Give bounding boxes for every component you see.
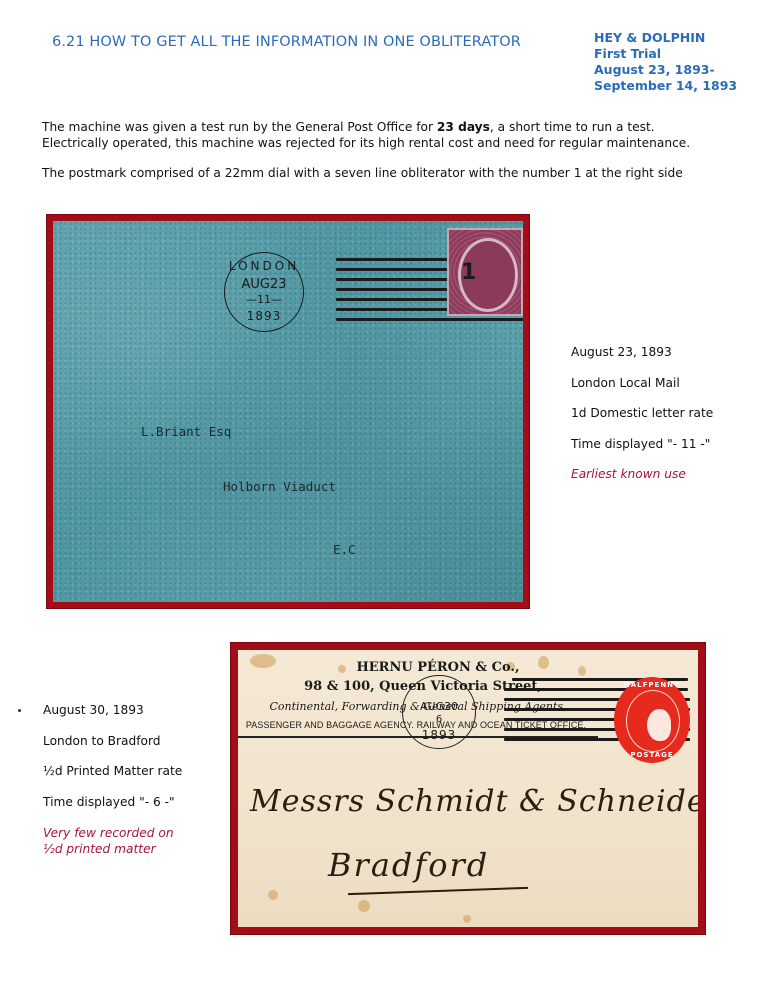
trial-date-start: August 23, 1893-	[594, 62, 737, 78]
trial-date-end: September 14, 1893	[594, 78, 737, 94]
circular-datestamp: LONDON AUG23 —11— 1893	[224, 252, 304, 332]
handwritten-addressee: Messrs Schmidt & Schneider	[250, 784, 698, 819]
caption-note-2: ½d printed matter	[43, 841, 182, 857]
caption-note: Earliest known use	[571, 467, 713, 498]
caption-date: August 23, 1893	[571, 345, 713, 376]
caption-time: Time displayed "- 6 -"	[43, 795, 182, 826]
cover-2-caption: August 30, 1893 London to Bradford ½d Pr…	[43, 703, 182, 857]
cover-frame-2: HERNU PÉRON & Co., 98 & 100, Queen Victo…	[230, 642, 706, 935]
address-line: E.C	[333, 542, 356, 557]
handwritten-town: Bradford	[328, 846, 489, 884]
cover-image-blue-envelope: LONDON AUG23 —11— 1893 1 L.Briant Esq Ho…	[53, 221, 523, 602]
machine-info: HEY & DOLPHIN First Trial August 23, 189…	[594, 30, 737, 94]
caption-time: Time displayed "- 11 -"	[571, 437, 713, 468]
intro-highlight: 23 days	[437, 120, 490, 134]
halfpenny-stamp-icon: HALFPENNY POSTAGE	[614, 677, 690, 763]
caption-date: August 30, 1893	[43, 703, 182, 734]
circular-datestamp: AUG30 6 1893	[402, 675, 476, 749]
cover-frame-1: LONDON AUG23 —11— 1893 1 L.Briant Esq Ho…	[46, 214, 530, 609]
caption-rate: 1d Domestic letter rate	[571, 406, 713, 437]
caption-rate: ½d Printed Matter rate	[43, 764, 182, 795]
machine-name: HEY & DOLPHIN	[594, 30, 737, 46]
queen-victoria-stamp-icon: 1	[449, 230, 521, 314]
caption-note-1: Very few recorded on	[43, 825, 182, 841]
stray-mark	[18, 709, 21, 712]
page-title: 6.21 HOW TO GET ALL THE INFORMATION IN O…	[52, 34, 521, 50]
caption-route: London to Bradford	[43, 734, 182, 765]
cover-1-caption: August 23, 1893 London Local Mail 1d Dom…	[571, 345, 713, 498]
postmark-description: The postmark comprised of a 22mm dial wi…	[42, 166, 683, 180]
caption-route: London Local Mail	[571, 376, 713, 407]
handwritten-underline	[348, 887, 528, 895]
intro-paragraph: The machine was given a test run by the …	[42, 119, 742, 151]
address-line: L.Briant Esq	[141, 424, 231, 439]
trial-label: First Trial	[594, 46, 737, 62]
sender-name: HERNU PÉRON & Co.,	[238, 660, 668, 675]
address-line: Holborn Viaduct	[223, 479, 336, 494]
cover-image-printed-matter: HERNU PÉRON & Co., 98 & 100, Queen Victo…	[238, 650, 698, 927]
